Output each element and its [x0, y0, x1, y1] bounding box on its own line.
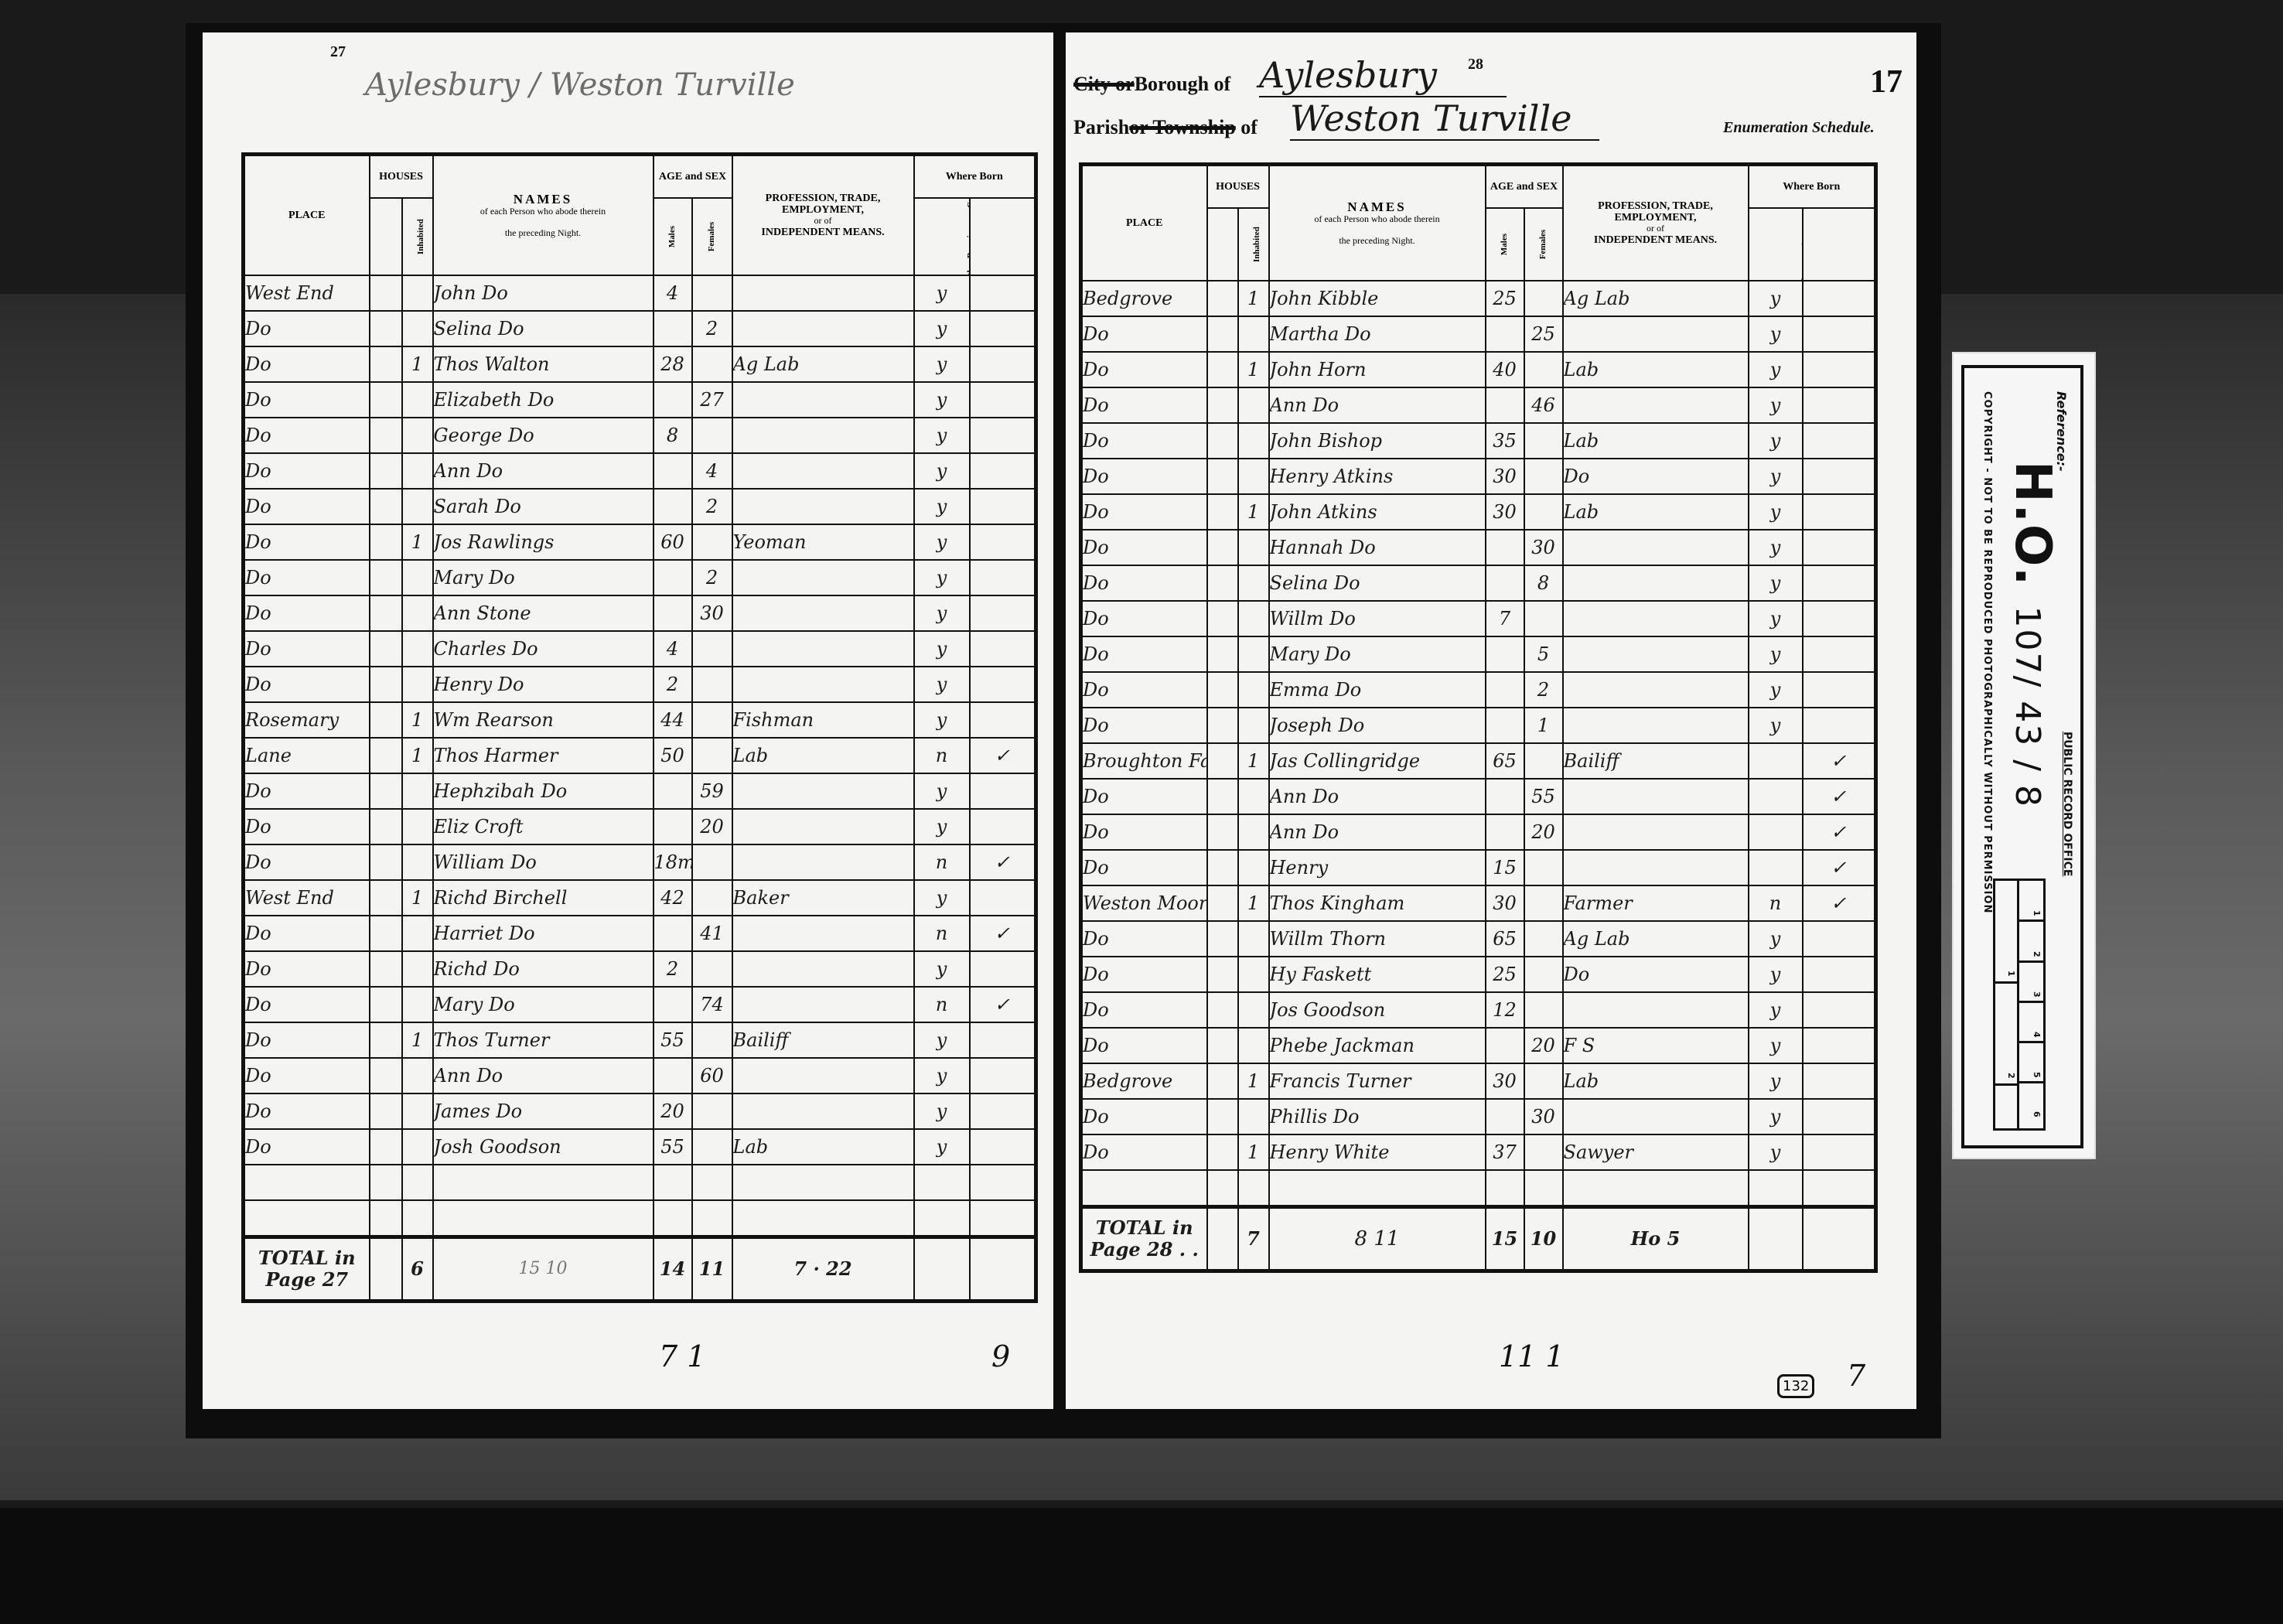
born-same-county-cell: y: [914, 951, 970, 987]
table-row: DoPhebe Jackman20F Sy: [1081, 1028, 1876, 1063]
table-row: Do1John Atkins30Laby: [1081, 494, 1876, 530]
born-elsewhere-cell: [970, 382, 1036, 418]
place-cell: Do: [1081, 1028, 1207, 1063]
born-elsewhere-cell: [1803, 636, 1876, 672]
born-same-county-cell: y: [1749, 1134, 1803, 1170]
male-age-cell: [654, 1165, 692, 1200]
uninhabited-cell: [370, 1022, 402, 1058]
born-elsewhere-cell: [970, 275, 1036, 311]
table-row: Weston Moor1Thos Kingham30Farmern✓: [1081, 885, 1876, 921]
uninhabited-cell: [1207, 779, 1238, 814]
inhabited-cell: [402, 916, 433, 951]
uninhabited-cell: [370, 1200, 402, 1237]
ruler-cm-row: 1 2 3 4 5 6: [2017, 881, 2043, 1128]
male-age-cell: [654, 489, 692, 524]
place-cell: Do: [244, 524, 370, 560]
born-same-county-cell: y: [1749, 387, 1803, 423]
place-cell: Do: [1081, 636, 1207, 672]
born-elsewhere-cell: [970, 1058, 1036, 1093]
place-cell: Do: [1081, 494, 1207, 530]
col-males: Males: [654, 198, 692, 275]
uninhabited-cell: [1207, 459, 1238, 494]
uninhabited-cell: [370, 916, 402, 951]
table-row: DoHannah Do30y: [1081, 530, 1876, 565]
female-age-cell: [1524, 1063, 1563, 1099]
inhabited-cell: 1: [402, 702, 433, 738]
occupation-cell: [1563, 708, 1749, 743]
uninhabited-cell: [1207, 1028, 1238, 1063]
name-cell: Joseph Do: [1269, 708, 1486, 743]
born-same-county-cell: y: [1749, 423, 1803, 459]
uninhabited-cell: [1207, 1063, 1238, 1099]
female-age-cell: [1524, 992, 1563, 1028]
table-row: DoSelina Do2y: [244, 311, 1036, 346]
born-elsewhere-cell: [970, 702, 1036, 738]
male-age-cell: [654, 1200, 692, 1237]
born-same-county-cell: y: [914, 275, 970, 311]
female-age-cell: [692, 1093, 732, 1129]
uninhabited-cell: [370, 880, 402, 916]
col-same-county: Whether Born in same County: [914, 198, 970, 275]
inhabited-cell: [402, 382, 433, 418]
table-row: Broughton Farm1Jas Collingridge65Bailiff…: [1081, 743, 1876, 779]
name-cell: John Horn: [1269, 352, 1486, 387]
inhabited-cell: [402, 1093, 433, 1129]
col-scotland-ireland: Whether Born in Scotland, Ireland, or Fo…: [1803, 208, 1876, 281]
occupation-cell: Ag Lab: [1563, 281, 1749, 316]
born-elsewhere-cell: [1803, 281, 1876, 316]
male-age-cell: 25: [1486, 957, 1524, 992]
place-cell: Do: [244, 453, 370, 489]
born-same-county-cell: y: [1749, 352, 1803, 387]
male-age-cell: [1486, 387, 1524, 423]
male-age-cell: 37: [1486, 1134, 1524, 1170]
col-uninhabited: Uninhabited or Building: [1207, 208, 1238, 281]
female-age-cell: 2: [692, 311, 732, 346]
male-age-cell: 65: [1486, 921, 1524, 957]
uninhabited-cell: [1207, 708, 1238, 743]
name-cell: Henry White: [1269, 1134, 1486, 1170]
occupation-cell: Lab: [1563, 1063, 1749, 1099]
male-age-cell: [654, 453, 692, 489]
born-elsewhere-cell: [970, 311, 1036, 346]
occupation-cell: [1563, 636, 1749, 672]
place-cell: Do: [244, 987, 370, 1022]
place-cell: Do: [244, 418, 370, 453]
name-cell: Harriet Do: [433, 916, 654, 951]
uninhabited-cell: [1207, 530, 1238, 565]
born-elsewhere-cell: [1803, 352, 1876, 387]
female-age-cell: 20: [1524, 1028, 1563, 1063]
born-same-county-cell: y: [914, 382, 970, 418]
place-cell: Do: [1081, 316, 1207, 352]
uninhabited-cell: [1207, 921, 1238, 957]
born-elsewhere-cell: [970, 951, 1036, 987]
occupation-cell: Lab: [1563, 494, 1749, 530]
public-record-office-label: PUBLIC RECORD OFFICE: [2061, 732, 2073, 876]
female-age-cell: [692, 346, 732, 382]
female-age-cell: [1524, 743, 1563, 779]
female-age-cell: [1524, 957, 1563, 992]
born-elsewhere-cell: [1803, 565, 1876, 601]
born-same-county-cell: y: [1749, 921, 1803, 957]
born-same-county-cell: y: [914, 418, 970, 453]
inhabited-cell: 1: [1238, 743, 1269, 779]
col-profession: PROFESSION, TRADE, EMPLOYMENT, or of IND…: [732, 155, 914, 275]
born-same-county-cell: y: [914, 702, 970, 738]
occupation-cell: [1563, 992, 1749, 1028]
left-header-handwriting: Aylesbury / Weston Turville: [365, 67, 795, 103]
born-same-county-cell: [1749, 1170, 1803, 1207]
born-elsewhere-cell: ✓: [1803, 814, 1876, 850]
born-elsewhere-cell: [1803, 316, 1876, 352]
occupation-cell: [732, 631, 914, 667]
place-cell: Do: [244, 346, 370, 382]
total-occupation-note: 7 · 22: [732, 1237, 914, 1301]
inhabited-cell: [402, 987, 433, 1022]
inhabited-cell: [1238, 530, 1269, 565]
born-elsewhere-cell: [1803, 423, 1876, 459]
table-row: West EndJohn Do4y: [244, 275, 1036, 311]
table-row: DoEliz Croft20y: [244, 809, 1036, 844]
name-cell: Charles Do: [433, 631, 654, 667]
inhabited-cell: 1: [402, 738, 433, 773]
occupation-cell: [732, 844, 914, 880]
place-cell: Do: [244, 916, 370, 951]
place-cell: Do: [244, 631, 370, 667]
occupation-cell: Lab: [732, 1129, 914, 1165]
place-cell: Do: [244, 382, 370, 418]
born-elsewhere-cell: [970, 1165, 1036, 1200]
place-cell: Do: [244, 809, 370, 844]
male-age-cell: [1486, 1099, 1524, 1134]
inhabited-cell: [1238, 1170, 1269, 1207]
place-cell: Weston Moor: [1081, 885, 1207, 921]
name-cell: Thos Walton: [433, 346, 654, 382]
male-age-cell: [1486, 316, 1524, 352]
female-age-cell: [1524, 850, 1563, 885]
name-cell: Martha Do: [1269, 316, 1486, 352]
born-same-county-cell: n: [914, 844, 970, 880]
born-same-county-cell: y: [914, 773, 970, 809]
uninhabited-cell: [370, 809, 402, 844]
table-row: DoAnn Do20✓: [1081, 814, 1876, 850]
col-same-county: Whether Born in same County: [1749, 208, 1803, 281]
name-cell: Mary Do: [433, 987, 654, 1022]
male-age-cell: 44: [654, 702, 692, 738]
place-cell: Do: [1081, 814, 1207, 850]
born-same-county-cell: y: [1749, 494, 1803, 530]
place-cell: West End: [244, 275, 370, 311]
col-names: NAMES of each Person who abode therein t…: [1269, 165, 1486, 281]
born-same-county-cell: y: [1749, 1028, 1803, 1063]
table-row: Do1Jos Rawlings60Yeomany: [244, 524, 1036, 560]
table-row: DoPhillis Do30y: [1081, 1099, 1876, 1134]
occupation-cell: Do: [1563, 459, 1749, 494]
place-cell: Rosemary: [244, 702, 370, 738]
born-elsewhere-cell: [1803, 1134, 1876, 1170]
total-names-note: 8 11: [1269, 1206, 1486, 1271]
name-cell: Henry: [1269, 850, 1486, 885]
born-elsewhere-cell: ✓: [1803, 885, 1876, 921]
female-age-cell: [692, 418, 732, 453]
inhabited-cell: [402, 951, 433, 987]
female-age-cell: 5: [1524, 636, 1563, 672]
inhabited-cell: [1238, 387, 1269, 423]
enumeration-schedule-label: Enumeration Schedule.: [1723, 119, 1875, 137]
uninhabited-cell: [370, 275, 402, 311]
occupation-cell: [732, 418, 914, 453]
name-cell: Elizabeth Do: [433, 382, 654, 418]
born-same-county-cell: y: [914, 880, 970, 916]
name-cell: Henry Atkins: [1269, 459, 1486, 494]
col-scotland-ireland: Whether Born in Scotland, Ireland, or Fo…: [970, 198, 1036, 275]
inhabited-cell: [1238, 316, 1269, 352]
male-age-cell: 2: [654, 951, 692, 987]
inhabited-cell: 1: [402, 524, 433, 560]
male-age-cell: [1486, 1028, 1524, 1063]
born-elsewhere-cell: [1803, 459, 1876, 494]
born-same-county-cell: y: [1749, 316, 1803, 352]
inhabited-cell: [1238, 423, 1269, 459]
total-occupation-note: Ho 5: [1563, 1206, 1749, 1271]
table-row: DoAnn Do46y: [1081, 387, 1876, 423]
folio-stamp: 132: [1777, 1374, 1814, 1398]
inhabited-cell: 1: [402, 1022, 433, 1058]
born-elsewhere-cell: [970, 560, 1036, 595]
table-row: DoAnn Do4y: [244, 453, 1036, 489]
female-age-cell: 25: [1524, 316, 1563, 352]
place-cell: Do: [244, 1093, 370, 1129]
born-same-county-cell: [1749, 779, 1803, 814]
born-elsewhere-cell: [1803, 992, 1876, 1028]
uninhabited-cell: [1207, 957, 1238, 992]
born-same-county-cell: y: [914, 667, 970, 702]
name-cell: Thos Turner: [433, 1022, 654, 1058]
male-age-cell: [654, 987, 692, 1022]
table-row: DoJoseph Do1y: [1081, 708, 1876, 743]
born-elsewhere-cell: [970, 1129, 1036, 1165]
place-cell: Do: [1081, 601, 1207, 636]
inhabited-cell: [1238, 459, 1269, 494]
table-row: DoWillm Thorn65Ag Laby: [1081, 921, 1876, 957]
table-row: [244, 1200, 1036, 1237]
born-elsewhere-cell: [1803, 1028, 1876, 1063]
male-age-cell: [654, 560, 692, 595]
male-age-cell: 4: [654, 275, 692, 311]
right-total-row: TOTAL inPage 28 . . 7 8 11 15 10 Ho 5: [1081, 1206, 1876, 1271]
uninhabited-cell: [1207, 1134, 1238, 1170]
female-age-cell: [692, 702, 732, 738]
table-row: DoEmma Do2y: [1081, 672, 1876, 708]
occupation-cell: [1563, 316, 1749, 352]
born-same-county-cell: y: [914, 809, 970, 844]
female-age-cell: [692, 951, 732, 987]
occupation-cell: Do: [1563, 957, 1749, 992]
name-cell: Josh Goodson: [433, 1129, 654, 1165]
uninhabited-cell: [370, 1093, 402, 1129]
born-elsewhere-cell: ✓: [970, 844, 1036, 880]
born-same-county-cell: y: [1749, 530, 1803, 565]
inhabited-cell: 1: [1238, 1063, 1269, 1099]
name-cell: Ann Do: [1269, 387, 1486, 423]
born-same-county-cell: y: [914, 1022, 970, 1058]
inhabited-cell: [1238, 814, 1269, 850]
uninhabited-cell: [370, 346, 402, 382]
table-row: DoJohn Bishop35Laby: [1081, 423, 1876, 459]
uninhabited-cell: [1207, 1170, 1238, 1207]
female-age-cell: 74: [692, 987, 732, 1022]
table-row: DoJames Do20y: [244, 1093, 1036, 1129]
born-elsewhere-cell: [1803, 1099, 1876, 1134]
occupation-cell: Lab: [1563, 423, 1749, 459]
born-elsewhere-cell: [1803, 601, 1876, 636]
inhabited-cell: [402, 311, 433, 346]
uninhabited-cell: [1207, 387, 1238, 423]
name-cell: Eliz Croft: [433, 809, 654, 844]
female-age-cell: 20: [692, 809, 732, 844]
born-elsewhere-cell: [970, 1200, 1036, 1237]
female-age-cell: 55: [1524, 779, 1563, 814]
left-page: 27 Aylesbury / Weston Turville PLACE HOU…: [203, 32, 1053, 1409]
inhabited-cell: 1: [402, 346, 433, 382]
inhabited-cell: [1238, 779, 1269, 814]
inhabited-cell: 1: [1238, 281, 1269, 316]
female-age-cell: 27: [692, 382, 732, 418]
right-footer-corner: 7: [1847, 1359, 1865, 1393]
place-cell: Do: [244, 595, 370, 631]
female-age-cell: 4: [692, 453, 732, 489]
occupation-cell: Lab: [732, 738, 914, 773]
born-elsewhere-cell: [1803, 387, 1876, 423]
born-same-county-cell: y: [914, 311, 970, 346]
inhabited-cell: [402, 595, 433, 631]
male-age-cell: 50: [654, 738, 692, 773]
inhabited-cell: [402, 1129, 433, 1165]
name-cell: Ann Do: [1269, 779, 1486, 814]
table-row: DoMary Do74n✓: [244, 987, 1036, 1022]
occupation-cell: [732, 311, 914, 346]
uninhabited-cell: [370, 560, 402, 595]
inhabited-cell: [1238, 601, 1269, 636]
female-age-cell: [692, 275, 732, 311]
female-age-cell: [692, 631, 732, 667]
female-age-cell: [692, 524, 732, 560]
occupation-cell: [732, 916, 914, 951]
male-age-cell: [1486, 814, 1524, 850]
inhabited-cell: [402, 773, 433, 809]
name-cell: Henry Do: [433, 667, 654, 702]
name-cell: [1269, 1170, 1486, 1207]
col-profession: PROFESSION, TRADE, EMPLOYMENT, or of IND…: [1563, 165, 1749, 281]
table-row: DoWillm Do7y: [1081, 601, 1876, 636]
table-row: DoGeorge Do8y: [244, 418, 1036, 453]
male-age-cell: 2: [654, 667, 692, 702]
occupation-cell: [732, 667, 914, 702]
occupation-cell: Ag Lab: [732, 346, 914, 382]
born-elsewhere-cell: ✓: [970, 916, 1036, 951]
uninhabited-cell: [1207, 814, 1238, 850]
place-cell: Do: [1081, 459, 1207, 494]
total-males: 15: [1486, 1206, 1524, 1271]
female-age-cell: [692, 1200, 732, 1237]
place-cell: Do: [1081, 565, 1207, 601]
place-cell: Do: [1081, 423, 1207, 459]
uninhabited-cell: [1207, 992, 1238, 1028]
born-same-county-cell: y: [914, 453, 970, 489]
born-same-county-cell: n: [914, 738, 970, 773]
uninhabited-cell: [1207, 494, 1238, 530]
name-cell: [433, 1200, 654, 1237]
total-label: TOTAL inPage 27: [244, 1237, 370, 1301]
born-same-county-cell: y: [914, 489, 970, 524]
born-elsewhere-cell: [970, 631, 1036, 667]
male-age-cell: 35: [1486, 423, 1524, 459]
name-cell: Richd Birchell: [433, 880, 654, 916]
occupation-cell: [732, 560, 914, 595]
female-age-cell: [692, 738, 732, 773]
inhabited-cell: [1238, 1099, 1269, 1134]
female-age-cell: 46: [1524, 387, 1563, 423]
male-age-cell: [1486, 708, 1524, 743]
uninhabited-cell: [370, 738, 402, 773]
male-age-cell: [1486, 636, 1524, 672]
left-census-table: PLACE HOUSES NAMES of each Person who ab…: [241, 152, 1038, 1303]
male-age-cell: 30: [1486, 459, 1524, 494]
table-row: DoJosh Goodson55Laby: [244, 1129, 1036, 1165]
occupation-cell: Lab: [1563, 352, 1749, 387]
inhabited-cell: [1238, 957, 1269, 992]
uninhabited-cell: [370, 1129, 402, 1165]
born-same-county-cell: y: [1749, 957, 1803, 992]
inhabited-cell: [402, 489, 433, 524]
parish-value: Weston Turville: [1290, 97, 1599, 141]
place-cell: Do: [1081, 1099, 1207, 1134]
male-age-cell: 7: [1486, 601, 1524, 636]
place-cell: Do: [244, 311, 370, 346]
male-age-cell: 55: [654, 1129, 692, 1165]
inhabited-cell: 1: [1238, 352, 1269, 387]
schedule-page-number: 17: [1870, 63, 1902, 101]
male-age-cell: 25: [1486, 281, 1524, 316]
table-row: Do1Henry White37Sawyery: [1081, 1134, 1876, 1170]
name-cell: Mary Do: [433, 560, 654, 595]
name-cell: Selina Do: [433, 311, 654, 346]
born-elsewhere-cell: [1803, 1170, 1876, 1207]
occupation-cell: [1563, 601, 1749, 636]
name-cell: John Kibble: [1269, 281, 1486, 316]
born-elsewhere-cell: ✓: [1803, 850, 1876, 885]
left-total-row: TOTAL inPage 27 6 15 10 14 11 7 · 22: [244, 1237, 1036, 1301]
born-same-county-cell: y: [1749, 708, 1803, 743]
born-elsewhere-cell: ✓: [1803, 743, 1876, 779]
table-row: West End1Richd Birchell42Bakery: [244, 880, 1036, 916]
female-age-cell: [692, 1129, 732, 1165]
occupation-cell: [732, 773, 914, 809]
uninhabited-cell: [370, 453, 402, 489]
place-cell: Do: [1081, 779, 1207, 814]
occupation-cell: Bailiff: [732, 1022, 914, 1058]
inhabited-cell: 1: [1238, 494, 1269, 530]
male-age-cell: [654, 382, 692, 418]
occupation-cell: Baker: [732, 880, 914, 916]
occupation-cell: [1563, 1099, 1749, 1134]
ruler-inch-row: 1 2: [1995, 881, 2019, 1128]
inhabited-cell: [1238, 636, 1269, 672]
place-cell: Do: [244, 773, 370, 809]
table-row: Do1Thos Walton28Ag Laby: [244, 346, 1036, 382]
place-cell: Do: [244, 951, 370, 987]
